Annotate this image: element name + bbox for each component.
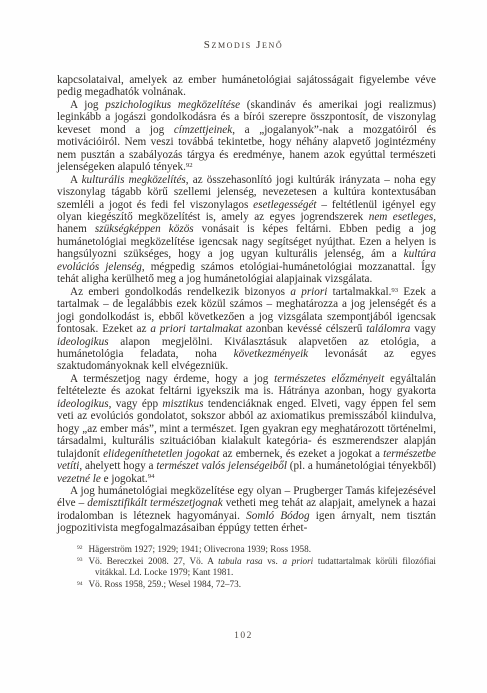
footnote-marker: 93 (77, 557, 83, 563)
text-run: , ahelyett hogy a (79, 460, 156, 472)
text-run: Vö. Bereczkei 2008. 27, Vö. A (89, 556, 219, 566)
text-run: a priori tartalmakat (150, 323, 242, 335)
text-run: azonban kevéssé célszerű (242, 323, 366, 335)
text-run: kulturális megközelítés (82, 174, 186, 186)
text-run: következményeik (234, 348, 309, 360)
footnote-marker: 92 (77, 545, 83, 551)
footnote: 93Vö. Bereczkei 2008. 27, Vö. A tabula r… (57, 556, 436, 580)
page-number: 102 (0, 631, 487, 641)
text-run: e jogokat. (101, 473, 148, 485)
text-run: , vagy épp (109, 398, 163, 410)
footnote-ref: 93 (391, 287, 398, 294)
text-run: Vö. Ross 1958, 259.; Wesel 1984, 72–73. (89, 579, 241, 589)
text-run: vagy (410, 323, 436, 335)
text-run: vs. (263, 556, 283, 566)
paragraph: A természetjog nagy érdeme, hogy a jog t… (57, 373, 436, 485)
footnote-ref: 92 (186, 162, 193, 169)
paragraph: A kulturális megközelítés, az összehason… (57, 174, 436, 286)
text-run: pszichologikus megközelítése (105, 99, 240, 111)
paragraph: Az emberi gondolkodás rendelkezik bizony… (57, 286, 436, 373)
text-run: elidegeníthetetlen jogokat (103, 448, 219, 460)
footnote: 94Vö. Ross 1958, 259.; Wesel 1984, 72–73… (57, 579, 436, 591)
footnote-ref: 94 (148, 473, 155, 480)
text-run: természetes előzményeit (274, 373, 384, 385)
paragraph: kapcsolataival, amelyek az ember humánet… (57, 74, 436, 99)
text-run: nem esetleges (369, 211, 433, 223)
footnote-marker: 94 (77, 581, 83, 587)
text-run: ideologikus (57, 398, 109, 410)
text-run: címzettjeinek (174, 124, 232, 136)
book-page: Szmodis Jenő kapcsolataival, amelyek az … (0, 0, 487, 693)
text-run: A természetjog nagy érdeme, hogy a jog (70, 373, 274, 385)
text-run: találomra (366, 323, 410, 335)
footnote: 92Hägerström 1927; 1929; 1941; Olivecron… (57, 544, 436, 556)
text-run: kapcsolataival, amelyek az ember humánet… (57, 74, 436, 98)
body-text: kapcsolataival, amelyek az ember humánet… (57, 74, 436, 591)
text-run: esetlegességét (253, 199, 316, 211)
text-run: az embernek, és ezeket a jogokat a (219, 448, 383, 460)
running-header: Szmodis Jenő (0, 39, 487, 51)
text-run: vezetné le (57, 473, 101, 485)
text-run: A jog (70, 99, 105, 111)
text-run: Somló Bódog (246, 510, 309, 522)
text-run: ideologikus (57, 336, 109, 348)
text-run: tabula rasa (218, 556, 263, 566)
footnotes: 92Hägerström 1927; 1929; 1941; Olivecron… (57, 544, 436, 591)
text-run: szükségképpen közös (95, 223, 194, 235)
paragraph: A jog pszichologikus megközelítése (skan… (57, 99, 436, 174)
text-run: (pl. a humánetológiai tényekből) (287, 460, 436, 472)
text-run: a priori (282, 556, 313, 566)
text-run: Hägerström 1927; 1929; 1941; Olivecrona … (89, 544, 312, 554)
text-run: A (70, 174, 82, 186)
text-run: a priori (290, 286, 327, 298)
paragraph: A jog humánetológiai megközelítése egy o… (57, 485, 436, 535)
text-run: misztikus (162, 398, 203, 410)
text-run: tartalmakkal. (327, 286, 391, 298)
text-run: Az emberi gondolkodás rendelkezik bizony… (70, 286, 290, 298)
text-run: demisztifikált természetjognak (87, 497, 222, 509)
text-run: természet valós jelenségeiből (156, 460, 287, 472)
